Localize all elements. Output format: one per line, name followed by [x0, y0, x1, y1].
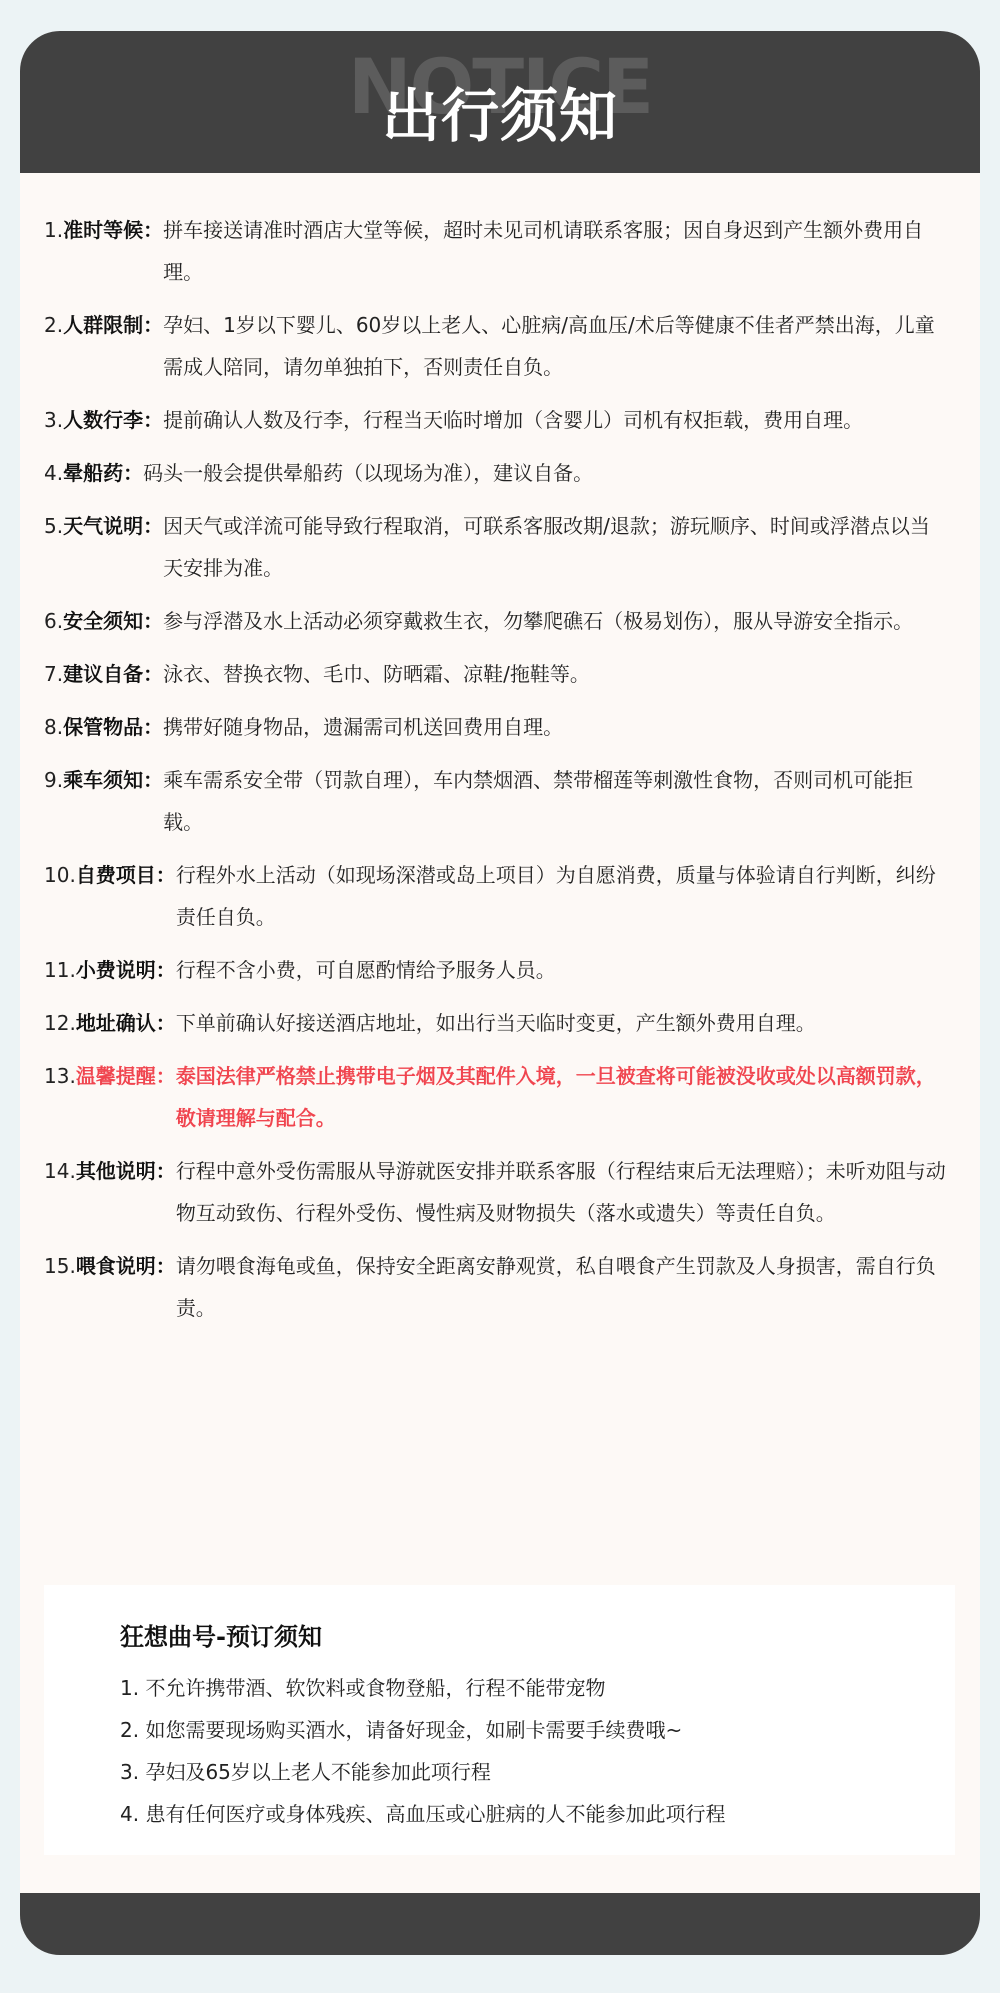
- notice-item: 2.人群限制： 孕妇、1岁以下婴儿、60岁以上老人、心脏病/高血压/术后等健康不…: [44, 304, 964, 388]
- notice-number: 12.: [44, 1011, 76, 1035]
- notice-number: 10.: [44, 863, 76, 887]
- notice-item: 8.保管物品： 携带好随身物品，遗漏需司机送回费用自理。: [44, 706, 964, 748]
- notice-number: 9.: [44, 768, 63, 792]
- notice-item: 11.小费说明： 行程不含小费，可自愿酌情给予服务人员。: [44, 949, 964, 991]
- notice-number: 6.: [44, 609, 63, 633]
- booking-list: 1. 不允许携带酒、软饮料或食物登船，行程不能带宠物 2. 如您需要现场购买酒水…: [120, 1667, 725, 1835]
- notice-text: 拼车接送请准时酒店大堂等候，超时未见司机请联系客服；因自身迟到产生额外费用自理。: [163, 209, 964, 293]
- notice-label: 晕船药：: [63, 461, 143, 485]
- notice-number: 7.: [44, 662, 63, 686]
- notice-item-warning: 13.温馨提醒： 泰国法律严格禁止携带电子烟及其配件入境，一旦被查将可能被没收或…: [44, 1055, 964, 1139]
- notice-label: 安全须知：: [63, 609, 163, 633]
- notice-text: 行程中意外受伤需服从导游就医安排并联系客服（行程结束后无法理赔）；未听劝阻与动物…: [176, 1150, 964, 1234]
- notice-number: 3.: [44, 408, 63, 432]
- notice-text: 孕妇、1岁以下婴儿、60岁以上老人、心脏病/高血压/术后等健康不佳者严禁出海，儿…: [163, 304, 964, 388]
- notice-label: 人群限制：: [63, 313, 163, 337]
- notice-header: NOTICE 出行须知: [20, 31, 980, 173]
- notice-text: 行程外水上活动（如现场深潜或岛上项目）为自愿消费，质量与体验请自行判断，纠纷责任…: [176, 854, 964, 938]
- notice-footer-bar: [20, 1893, 980, 1955]
- notice-item: 7.建议自备： 泳衣、替换衣物、毛巾、防晒霜、凉鞋/拖鞋等。: [44, 653, 964, 695]
- booking-item: 3. 孕妇及65岁以上老人不能参加此项行程: [120, 1751, 725, 1793]
- notice-text: 泰国法律严格禁止携带电子烟及其配件入境，一旦被查将可能被没收或处以高额罚款，敬请…: [176, 1055, 964, 1139]
- notice-text: 码头一般会提供晕船药（以现场为准），建议自备。: [143, 452, 964, 494]
- notice-number: 11.: [44, 958, 76, 982]
- notice-card: NOTICE 出行须知 1.准时等候： 拼车接送请准时酒店大堂等候，超时未见司机…: [20, 31, 980, 1955]
- notice-number: 14.: [44, 1159, 76, 1183]
- notice-item: 4.晕船药： 码头一般会提供晕船药（以现场为准），建议自备。: [44, 452, 964, 494]
- notice-text: 提前确认人数及行李，行程当天临时增加（含婴儿）司机有权拒载，费用自理。: [163, 399, 964, 441]
- notice-text: 行程不含小费，可自愿酌情给予服务人员。: [176, 949, 964, 991]
- notice-item: 3.人数行李： 提前确认人数及行李，行程当天临时增加（含婴儿）司机有权拒载，费用…: [44, 399, 964, 441]
- notice-label: 温馨提醒：: [76, 1064, 176, 1088]
- notice-item: 1.准时等候： 拼车接送请准时酒店大堂等候，超时未见司机请联系客服；因自身迟到产…: [44, 209, 964, 293]
- notice-label: 地址确认：: [76, 1011, 176, 1035]
- notice-text: 乘车需系安全带（罚款自理），车内禁烟酒、禁带榴莲等刺激性食物，否则司机可能拒载。: [163, 759, 964, 843]
- notice-label: 保管物品：: [63, 715, 163, 739]
- booking-notice-box: 狂想曲号-预订须知 1. 不允许携带酒、软饮料或食物登船，行程不能带宠物 2. …: [44, 1585, 955, 1855]
- notice-item: 10.自费项目： 行程外水上活动（如现场深潜或岛上项目）为自愿消费，质量与体验请…: [44, 854, 964, 938]
- notice-item: 15.喂食说明： 请勿喂食海龟或鱼，保持安全距离安静观赏，私自喂食产生罚款及人身…: [44, 1245, 964, 1329]
- notice-number: 5.: [44, 514, 63, 538]
- notice-text: 因天气或洋流可能导致行程取消，可联系客服改期/退款；游玩顺序、时间或浮潜点以当天…: [163, 505, 964, 589]
- notice-text: 泳衣、替换衣物、毛巾、防晒霜、凉鞋/拖鞋等。: [163, 653, 964, 695]
- booking-item: 1. 不允许携带酒、软饮料或食物登船，行程不能带宠物: [120, 1667, 725, 1709]
- notice-label: 天气说明：: [63, 514, 163, 538]
- notice-number: 15.: [44, 1254, 76, 1278]
- notice-number: 2.: [44, 313, 63, 337]
- notice-label: 准时等候：: [63, 218, 163, 242]
- booking-item: 4. 患有任何医疗或身体残疾、高血压或心脏病的人不能参加此项行程: [120, 1793, 725, 1835]
- notice-item: 14.其他说明： 行程中意外受伤需服从导游就医安排并联系客服（行程结束后无法理赔…: [44, 1150, 964, 1234]
- notice-text: 请勿喂食海龟或鱼，保持安全距离安静观赏，私自喂食产生罚款及人身损害，需自行负责。: [176, 1245, 964, 1329]
- booking-title: 狂想曲号-预订须知: [120, 1621, 322, 1653]
- notice-label: 建议自备：: [63, 662, 163, 686]
- booking-item: 2. 如您需要现场购买酒水，请备好现金，如刷卡需要手续费哦~: [120, 1709, 725, 1751]
- notice-label: 小费说明：: [76, 958, 176, 982]
- notice-label: 其他说明：: [76, 1159, 176, 1183]
- notice-label: 人数行李：: [63, 408, 163, 432]
- notice-text: 携带好随身物品，遗漏需司机送回费用自理。: [163, 706, 964, 748]
- notice-number: 1.: [44, 218, 63, 242]
- notice-text: 参与浮潜及水上活动必须穿戴救生衣，勿攀爬礁石（极易划伤），服从导游安全指示。: [163, 600, 964, 642]
- notice-label: 乘车须知：: [63, 768, 163, 792]
- notice-label: 喂食说明：: [76, 1254, 176, 1278]
- notice-number: 8.: [44, 715, 63, 739]
- notice-text: 下单前确认好接送酒店地址，如出行当天临时变更，产生额外费用自理。: [176, 1002, 964, 1044]
- notice-item: 12.地址确认： 下单前确认好接送酒店地址，如出行当天临时变更，产生额外费用自理…: [44, 1002, 964, 1044]
- notice-item: 6.安全须知： 参与浮潜及水上活动必须穿戴救生衣，勿攀爬礁石（极易划伤），服从导…: [44, 600, 964, 642]
- notice-list: 1.准时等候： 拼车接送请准时酒店大堂等候，超时未见司机请联系客服；因自身迟到产…: [44, 209, 964, 1340]
- notice-item: 5.天气说明： 因天气或洋流可能导致行程取消，可联系客服改期/退款；游玩顺序、时…: [44, 505, 964, 589]
- notice-item: 9.乘车须知： 乘车需系安全带（罚款自理），车内禁烟酒、禁带榴莲等刺激性食物，否…: [44, 759, 964, 843]
- notice-number: 13.: [44, 1064, 76, 1088]
- page-title: 出行须知: [20, 87, 980, 145]
- notice-number: 4.: [44, 461, 63, 485]
- notice-label: 自费项目：: [76, 863, 176, 887]
